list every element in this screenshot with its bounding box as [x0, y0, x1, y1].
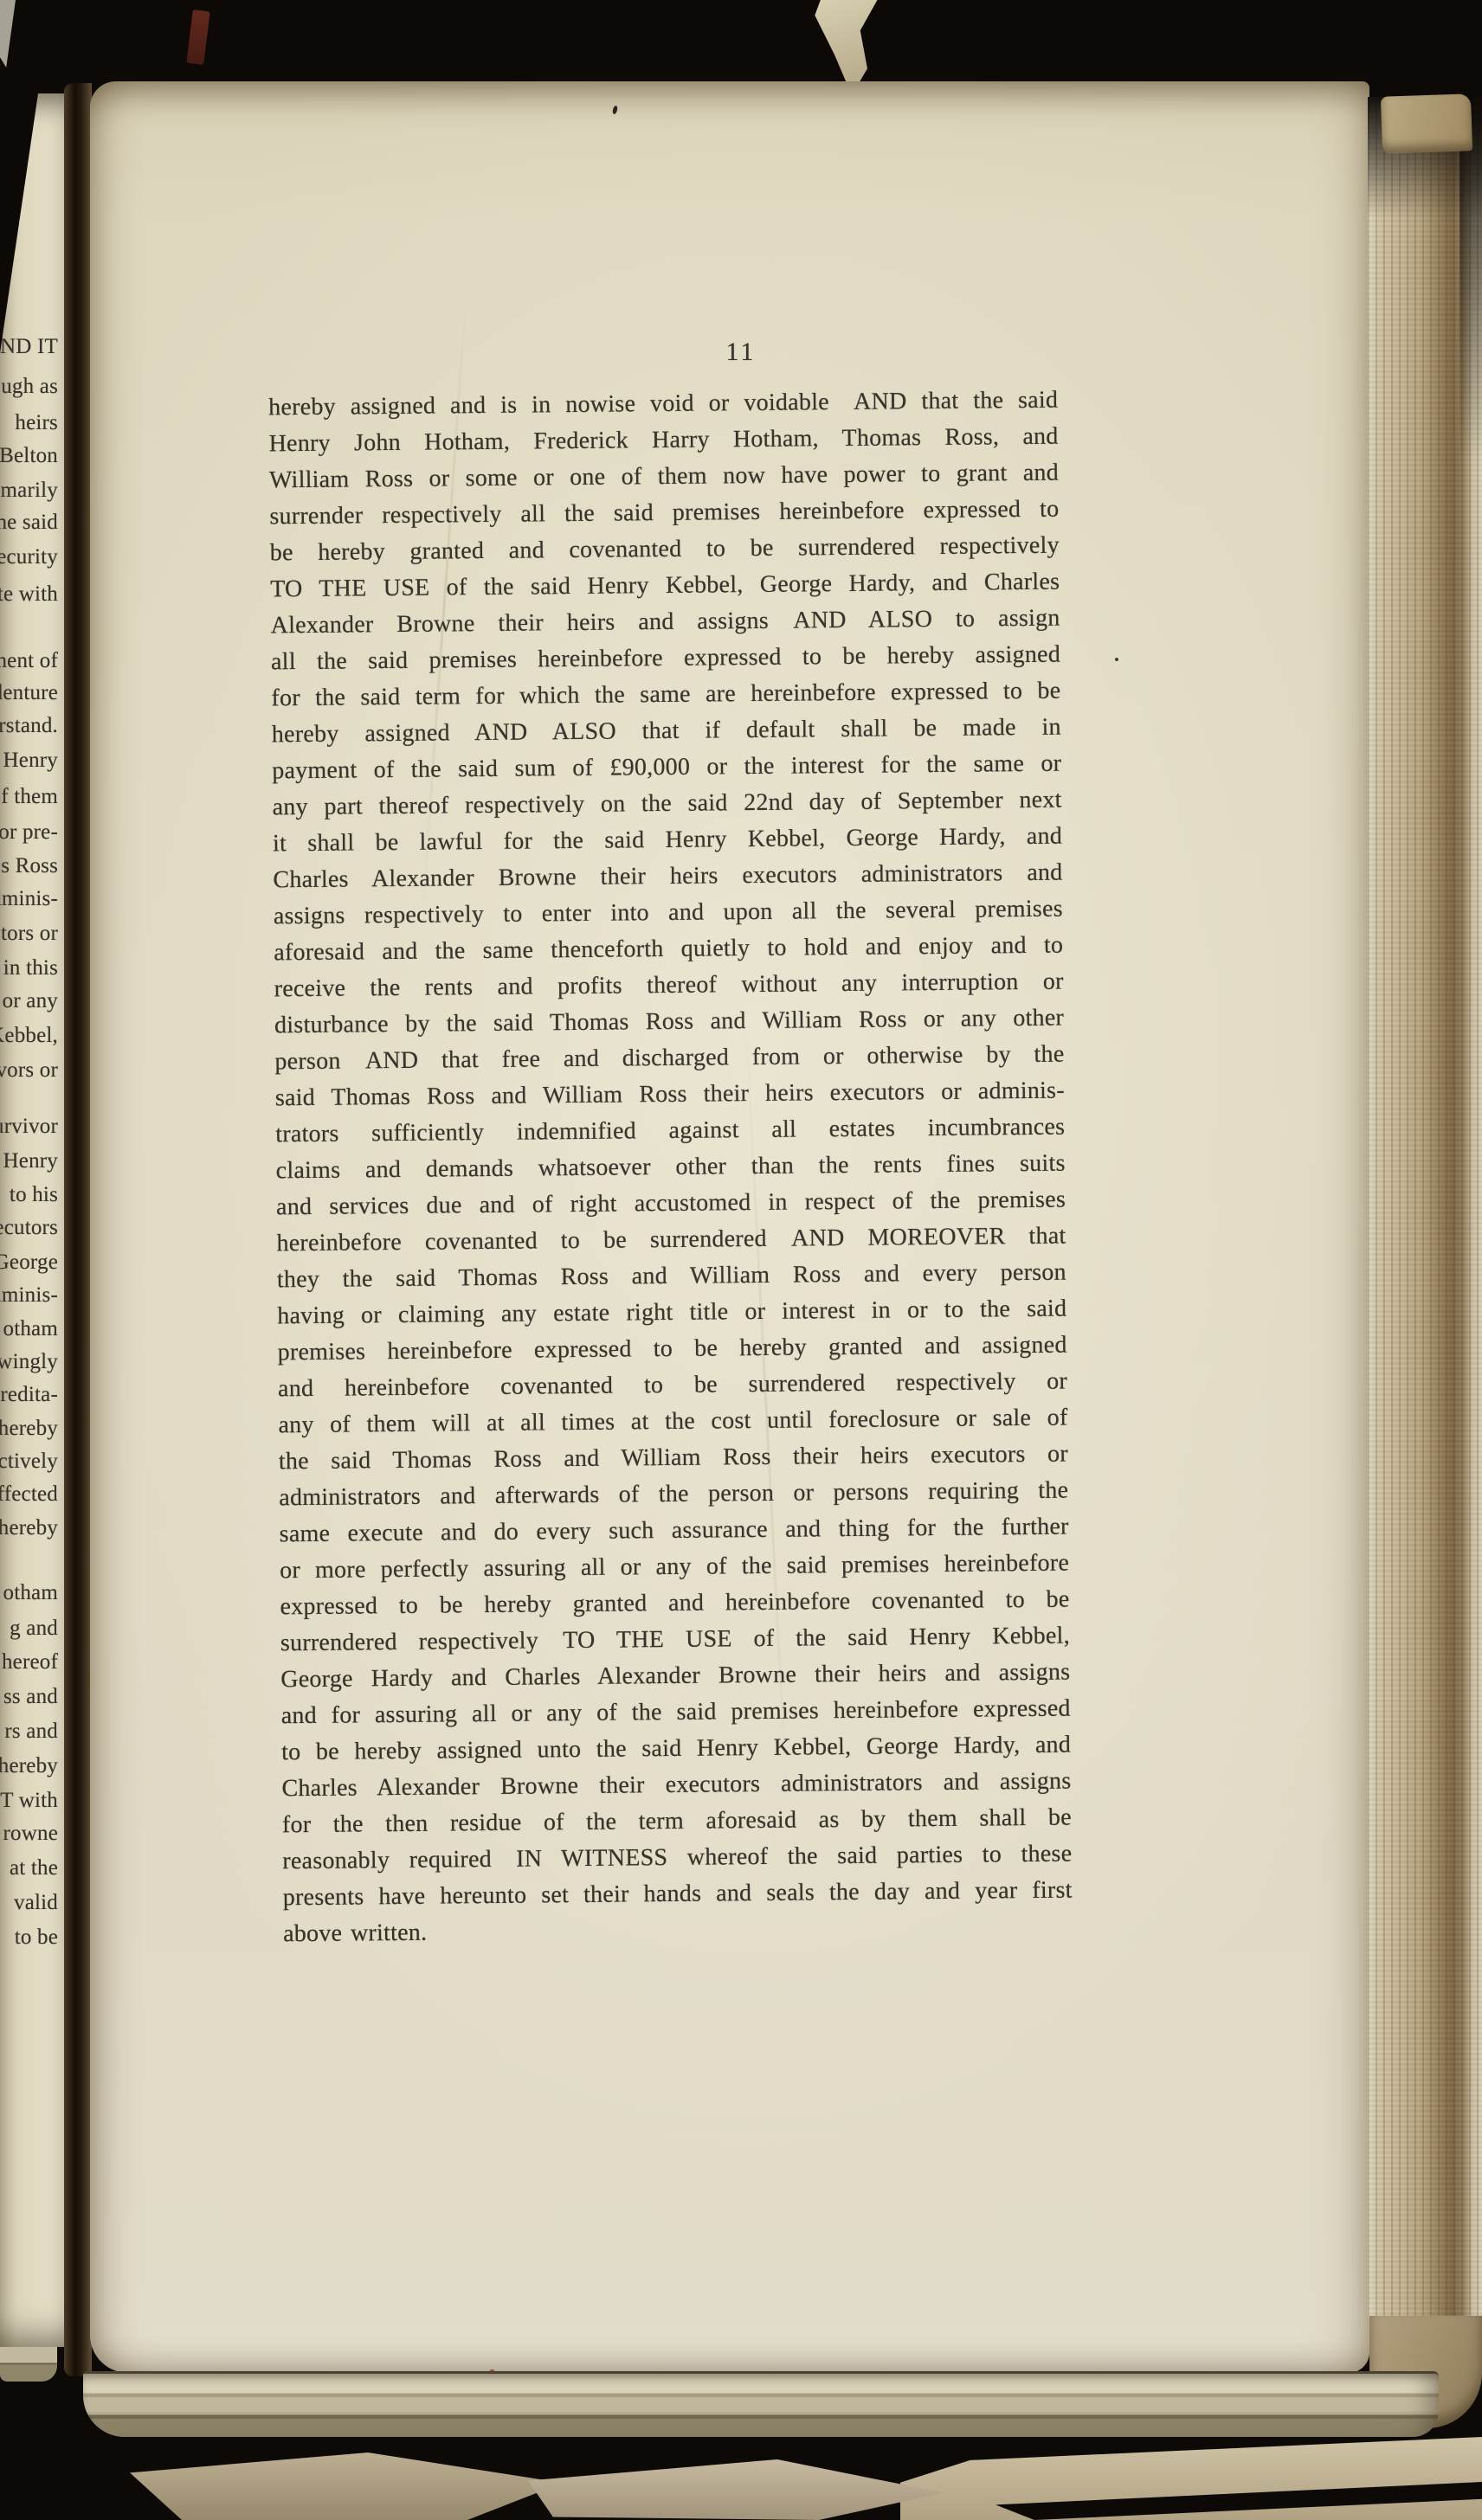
- margin-text-fragment: or pre-: [0, 820, 58, 845]
- margin-text-fragment: tors or: [1, 921, 58, 947]
- margin-text-fragment: hereby: [0, 1416, 58, 1442]
- margin-text-fragment: T with: [0, 1788, 58, 1814]
- margin-text-fragment: wingly: [0, 1349, 58, 1375]
- fore-edge-top-corner: [1381, 93, 1472, 154]
- margin-text-fragment: he said: [0, 510, 58, 536]
- margin-text-fragment: ffected: [0, 1482, 58, 1507]
- book-gutter-shadow: [64, 83, 92, 2376]
- red-fragment-top-left: [186, 10, 209, 65]
- scanned-document-photo: { "document": { "page_number": "11", "li…: [0, 0, 1482, 2520]
- text-line: above written.: [283, 1909, 1073, 1953]
- margin-text-fragment: in this: [3, 955, 58, 981]
- margin-text-fragment: ecutors: [0, 1215, 58, 1241]
- margin-text-fragment: Henry: [3, 748, 58, 774]
- margin-text-fragment: lminis-: [0, 1282, 58, 1308]
- margin-text-fragment: ctively: [0, 1449, 58, 1475]
- margin-text-fragment: heirs: [15, 410, 58, 436]
- margin-text-fragment: ss and: [3, 1684, 58, 1710]
- margin-text-fragment: of them: [0, 784, 58, 810]
- margin-text-fragment: te with: [0, 582, 58, 607]
- margin-text-fragment: denture: [0, 680, 58, 706]
- bottom-page-edges: [83, 2371, 1439, 2437]
- margin-text-fragment: to be: [15, 1925, 58, 1951]
- margin-text-fragment: at the: [10, 1855, 58, 1881]
- margin-text-fragment: otham: [3, 1316, 59, 1342]
- margin-text-fragment: urvivor: [0, 1114, 58, 1140]
- margin-text-fragment: hereby: [0, 1515, 58, 1541]
- margin-text-fragment: or any: [3, 988, 58, 1014]
- margin-text-fragment: hereof: [2, 1649, 58, 1675]
- margin-text-fragment: valid: [14, 1890, 58, 1916]
- book-scan-scene: ND ITugh asheirsBeltonimarilyhe saidecur…: [0, 0, 1482, 2520]
- margin-text-fragment: George: [0, 1250, 58, 1276]
- torn-paper-bottom: [528, 2459, 944, 2520]
- margin-text-fragment: ND IT: [0, 334, 58, 360]
- margin-text-fragment: ecurity: [0, 544, 58, 570]
- margin-text-fragment: vors or: [0, 1057, 58, 1083]
- margin-text-fragment: nent of: [0, 648, 58, 674]
- margin-text-fragment: to his: [10, 1182, 58, 1208]
- book-page: 11 hereby assigned and is in nowise void…: [90, 81, 1369, 2373]
- ink-speck: [612, 106, 618, 115]
- margin-text-fragment: dminis-: [0, 886, 58, 912]
- body-text: hereby assigned and is in nowise void or…: [268, 382, 1073, 1953]
- margin-text-fragment: g and: [10, 1616, 58, 1642]
- margin-text-fragment: hereby: [0, 1753, 58, 1779]
- margin-text-fragment: ugh as: [1, 374, 58, 400]
- margin-text-fragment: Kebbel,: [0, 1023, 58, 1049]
- fore-edge-pages: [1368, 97, 1482, 2317]
- torn-paper-bottom: [130, 2452, 563, 2520]
- margin-text-fragment: s Ross: [1, 853, 58, 879]
- ink-speck: [1115, 658, 1118, 661]
- page-number: 11: [696, 337, 786, 367]
- text-line: presents have hereunto set their hands a…: [283, 1873, 1073, 1917]
- margin-text-fragment: imarily: [0, 478, 58, 504]
- margin-text-fragment: Henry: [3, 1148, 58, 1174]
- margin-text-fragment: rstand.: [0, 713, 58, 739]
- margin-text-fragment: redita-: [0, 1382, 58, 1408]
- previous-page-text-fragments: ND ITugh asheirsBeltonimarilyhe saidecur…: [0, 0, 64, 2520]
- margin-text-fragment: rs and: [4, 1719, 58, 1745]
- margin-text-fragment: Belton: [0, 443, 58, 469]
- margin-text-fragment: rowne: [3, 1821, 58, 1847]
- margin-text-fragment: otham: [3, 1580, 59, 1606]
